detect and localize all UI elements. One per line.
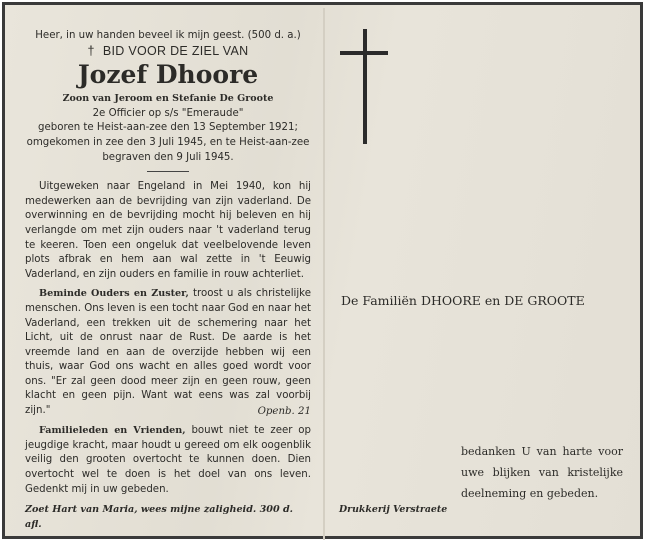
bid-heading: †BID VOOR DE ZIEL VAN bbox=[25, 44, 311, 59]
role-line: 2e Officier op s/s "Emeraude" bbox=[25, 107, 311, 122]
paragraph-2-body: troost u als christelijke menschen. Ons … bbox=[25, 288, 311, 416]
born-line: geboren te Heist-aan-zee den 13 Septembe… bbox=[25, 121, 311, 136]
scripture-reference: Openb. 21 bbox=[25, 405, 311, 420]
died-line: omgekomen in zee den 3 Juli 1945, en te … bbox=[25, 136, 311, 151]
left-panel: Heer, in uw handen beveel ik mijn geest.… bbox=[25, 29, 311, 532]
buried-line: begraven den 9 Juli 1945. bbox=[25, 151, 311, 166]
fold-line bbox=[323, 8, 325, 540]
paragraph-1: Uitgeweken naar Engeland in Mei 1940, ko… bbox=[25, 180, 311, 282]
divider bbox=[147, 171, 189, 172]
bid-text: BID VOOR DE ZIEL VAN bbox=[103, 44, 249, 58]
paragraph-3-lead: Familieleden en Vrienden, bbox=[39, 425, 186, 436]
closing-prayer: Zoet Hart van Maria, wees mijne zalighei… bbox=[25, 503, 311, 532]
cross-icon: † bbox=[88, 44, 95, 58]
thanks-text: bedanken U van harte voor uwe blijken va… bbox=[461, 441, 623, 504]
paragraph-2: Beminde Ouders en Zuster, troost u als c… bbox=[25, 287, 311, 418]
parents-line: Zoon van Jeroom en Stefanie De Groote bbox=[25, 92, 311, 107]
printer-credit: Drukkerij Verstraete bbox=[339, 504, 447, 515]
paragraph-2-lead: Beminde Ouders en Zuster, bbox=[39, 288, 189, 299]
cross-icon-horizontal bbox=[340, 51, 388, 55]
families-line: De Familiën DHOORE en DE GROOTE bbox=[341, 293, 585, 308]
deceased-name: Jozef Dhoore bbox=[25, 59, 311, 91]
cross-icon-vertical bbox=[363, 29, 367, 144]
memorial-card: Heer, in uw handen beveel ik mijn geest.… bbox=[2, 2, 643, 539]
paragraph-3: Familieleden en Vrienden, bouwt niet te … bbox=[25, 424, 311, 497]
intro-prayer: Heer, in uw handen beveel ik mijn geest.… bbox=[25, 29, 311, 44]
